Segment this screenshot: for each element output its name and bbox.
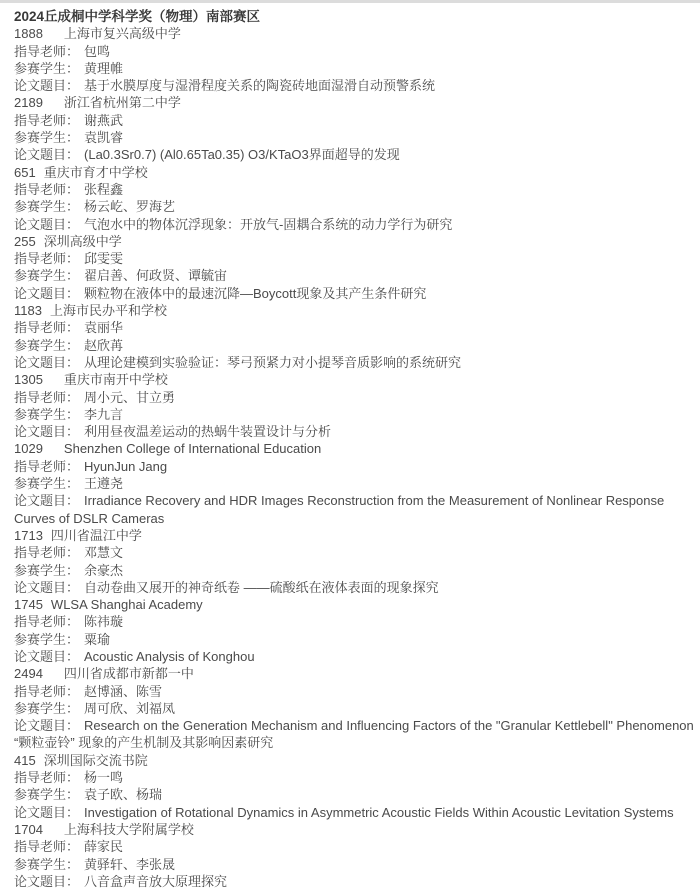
thesis-title: 自动卷曲又展开的神奇纸卷 ——硫酸纸在液体表面的现象探究 — [84, 580, 439, 595]
student-names: 周可欣、刘福凤 — [84, 701, 175, 716]
teacher-names: 邓慧文 — [84, 545, 123, 560]
entry-thesis-line: 论文题目：Research on the Generation Mechanis… — [14, 717, 696, 752]
entry-student-line: 参赛学生：李九言 — [14, 406, 696, 423]
entry-school: 上海市民办平和学校 — [50, 303, 167, 318]
student-names: 黄驿轩、李张晟 — [84, 857, 175, 872]
page: { "page": { "title": "2024丘成桐中学科学奖（物理）南部… — [0, 0, 700, 891]
entry-student-line: 参赛学生：赵欣苒 — [14, 337, 696, 354]
entry-id: 415 — [14, 753, 36, 768]
teacher-label: 指导老师： — [14, 320, 79, 335]
entry-thesis-line: 论文题目：颗粒物在液体中的最速沉降—Boycott现象及其产生条件研究 — [14, 285, 696, 302]
entry: 1305重庆市南开中学校 指导老师：周小元、甘立勇 参赛学生：李九言 论文题目：… — [14, 371, 696, 440]
entry-teacher-line: 指导老师：薛家民 — [14, 838, 696, 855]
entry-teacher-line: 指导老师：邓慧文 — [14, 544, 696, 561]
teacher-names: 袁丽华 — [84, 320, 123, 335]
student-names: 粟瑜 — [84, 632, 110, 647]
entry-thesis-line: 论文题目：自动卷曲又展开的神奇纸卷 ——硫酸纸在液体表面的现象探究 — [14, 579, 696, 596]
student-label: 参赛学生： — [14, 857, 79, 872]
thesis-title: Research on the Generation Mechanism and… — [14, 718, 694, 750]
teacher-names: 张程鑫 — [84, 182, 123, 197]
entry-id: 1745 — [14, 597, 43, 612]
entry: 1713四川省温江中学 指导老师：邓慧文 参赛学生：余豪杰 论文题目：自动卷曲又… — [14, 527, 696, 596]
entry-teacher-line: 指导老师：袁丽华 — [14, 319, 696, 336]
entry-school: 四川省成都市新都一中 — [64, 666, 194, 681]
teacher-label: 指导老师： — [14, 390, 79, 405]
entry-student-line: 参赛学生：周可欣、刘福凤 — [14, 700, 696, 717]
teacher-label: 指导老师： — [14, 684, 79, 699]
teacher-label: 指导老师： — [14, 113, 79, 128]
entry-id: 1029 — [14, 441, 43, 456]
thesis-label: 论文题目： — [14, 147, 79, 162]
entry-teacher-line: 指导老师：赵博涵、陈雪 — [14, 683, 696, 700]
entry-school: WLSA Shanghai Academy — [51, 597, 203, 612]
entry-thesis-line: 论文题目：基于水膜厚度与湿滑程度关系的陶瓷砖地面湿滑自动预警系统 — [14, 77, 696, 94]
student-label: 参赛学生： — [14, 407, 79, 422]
thesis-title: 气泡水中的物体沉浮现象：开放气-固耦合系统的动力学行为研究 — [84, 217, 452, 232]
entry-school: 深圳国际交流书院 — [44, 753, 148, 768]
entry-thesis-line: 论文题目：八音盒声音放大原理探究 — [14, 873, 696, 890]
entry: 1183上海市民办平和学校 指导老师：袁丽华 参赛学生：赵欣苒 论文题目：从理论… — [14, 302, 696, 371]
entry-id: 1888 — [14, 26, 43, 41]
student-label: 参赛学生： — [14, 632, 79, 647]
entry-school-line: 1029Shenzhen College of International Ed… — [14, 440, 696, 457]
teacher-label: 指导老师： — [14, 545, 79, 560]
page-title: 2024丘成桐中学科学奖（物理）南部赛区 — [14, 8, 696, 25]
entry-thesis-line: 论文题目：利用昼夜温差运动的热蜗牛装置设计与分析 — [14, 423, 696, 440]
entry-id: 255 — [14, 234, 36, 249]
teacher-names: 赵博涵、陈雪 — [84, 684, 162, 699]
entry-school-line: 1745WLSA Shanghai Academy — [14, 596, 696, 613]
teacher-names: HyunJun Jang — [84, 459, 167, 474]
entry-student-line: 参赛学生：杨云屹、罗海艺 — [14, 198, 696, 215]
teacher-names: 杨一鸣 — [84, 770, 123, 785]
thesis-label: 论文题目： — [14, 874, 79, 889]
teacher-label: 指导老师： — [14, 839, 79, 854]
teacher-label: 指导老师： — [14, 614, 79, 629]
student-names: 翟启善、何政贤、谭毓宙 — [84, 268, 227, 283]
document: 2024丘成桐中学科学奖（物理）南部赛区 1888上海市复兴高级中学 指导老师：… — [0, 3, 700, 890]
entry-thesis-line: 论文题目：Investigation of Rotational Dynamic… — [14, 804, 696, 821]
student-label: 参赛学生： — [14, 61, 79, 76]
teacher-names: 谢燕武 — [84, 113, 123, 128]
thesis-title: 颗粒物在液体中的最速沉降—Boycott现象及其产生条件研究 — [84, 286, 426, 301]
entry: 1704上海科技大学附属学校 指导老师：薛家民 参赛学生：黄驿轩、李张晟 论文题… — [14, 821, 696, 890]
thesis-label: 论文题目： — [14, 580, 79, 595]
entry-school-line: 415深圳国际交流书院 — [14, 752, 696, 769]
entry-school-line: 2189浙江省杭州第二中学 — [14, 94, 696, 111]
teacher-label: 指导老师： — [14, 182, 79, 197]
teacher-label: 指导老师： — [14, 770, 79, 785]
entry-school: 重庆市育才中学校 — [44, 165, 148, 180]
teacher-names: 薛家民 — [84, 839, 123, 854]
entry-student-line: 参赛学生：袁子欧、杨瑞 — [14, 786, 696, 803]
entry: 1745WLSA Shanghai Academy 指导老师：陈祎璇 参赛学生：… — [14, 596, 696, 665]
student-label: 参赛学生： — [14, 787, 79, 802]
entry-id: 2189 — [14, 95, 43, 110]
student-label: 参赛学生： — [14, 268, 79, 283]
thesis-title: Acoustic Analysis of Konghou — [84, 649, 255, 664]
teacher-label: 指导老师： — [14, 459, 79, 474]
entry-thesis-line: 论文题目：(La0.3Sr0.7) (Al0.65Ta0.35) O3/KTaO… — [14, 146, 696, 163]
thesis-title: Irradiance Recovery and HDR Images Recon… — [14, 493, 664, 525]
entry-teacher-line: 指导老师：包鸣 — [14, 43, 696, 60]
entry-student-line: 参赛学生：黄理帷 — [14, 60, 696, 77]
entry-student-line: 参赛学生：余豪杰 — [14, 562, 696, 579]
student-names: 袁凯睿 — [84, 130, 123, 145]
student-label: 参赛学生： — [14, 338, 79, 353]
entry-id: 1305 — [14, 372, 43, 387]
thesis-label: 论文题目： — [14, 649, 79, 664]
entry-school: 重庆市南开中学校 — [64, 372, 168, 387]
entry-list: 1888上海市复兴高级中学 指导老师：包鸣 参赛学生：黄理帷 论文题目：基于水膜… — [14, 25, 696, 890]
thesis-label: 论文题目： — [14, 78, 79, 93]
thesis-title: Investigation of Rotational Dynamics in … — [84, 805, 674, 820]
student-names: 袁子欧、杨瑞 — [84, 787, 162, 802]
entry: 1888上海市复兴高级中学 指导老师：包鸣 参赛学生：黄理帷 论文题目：基于水膜… — [14, 25, 696, 94]
student-label: 参赛学生： — [14, 130, 79, 145]
entry-school-line: 1713四川省温江中学 — [14, 527, 696, 544]
teacher-label: 指导老师： — [14, 251, 79, 266]
entry-school-line: 1305重庆市南开中学校 — [14, 371, 696, 388]
entry-school-line: 1888上海市复兴高级中学 — [14, 25, 696, 42]
student-label: 参赛学生： — [14, 476, 79, 491]
entry-id: 1704 — [14, 822, 43, 837]
entry: 2189浙江省杭州第二中学 指导老师：谢燕武 参赛学生：袁凯睿 论文题目：(La… — [14, 94, 696, 163]
entry-school: 浙江省杭州第二中学 — [64, 95, 181, 110]
thesis-label: 论文题目： — [14, 493, 79, 508]
entry-id: 1713 — [14, 528, 43, 543]
entry-thesis-line: 论文题目：Irradiance Recovery and HDR Images … — [14, 492, 696, 527]
entry-teacher-line: 指导老师：陈祎璇 — [14, 613, 696, 630]
entry-student-line: 参赛学生：粟瑜 — [14, 631, 696, 648]
entry-student-line: 参赛学生：翟启善、何政贤、谭毓宙 — [14, 267, 696, 284]
entry-id: 1183 — [14, 303, 42, 318]
student-label: 参赛学生： — [14, 199, 79, 214]
entry-school-line: 1183上海市民办平和学校 — [14, 302, 696, 319]
teacher-names: 陈祎璇 — [84, 614, 123, 629]
teacher-names: 周小元、甘立勇 — [84, 390, 175, 405]
thesis-label: 论文题目： — [14, 718, 79, 733]
teacher-label: 指导老师： — [14, 44, 79, 59]
thesis-title: 从理论建模到实验验证：琴弓预紧力对小提琴音质影响的系统研究 — [84, 355, 461, 370]
student-names: 杨云屹、罗海艺 — [84, 199, 175, 214]
entry-school-line: 651重庆市育才中学校 — [14, 164, 696, 181]
entry: 255深圳高级中学 指导老师：邱雯雯 参赛学生：翟启善、何政贤、谭毓宙 论文题目… — [14, 233, 696, 302]
thesis-title: 八音盒声音放大原理探究 — [84, 874, 227, 889]
entry-student-line: 参赛学生：王遵尧 — [14, 475, 696, 492]
student-names: 赵欣苒 — [84, 338, 123, 353]
student-names: 王遵尧 — [84, 476, 123, 491]
entry: 1029Shenzhen College of International Ed… — [14, 440, 696, 526]
entry-teacher-line: 指导老师：HyunJun Jang — [14, 458, 696, 475]
entry-school: 上海科技大学附属学校 — [64, 822, 194, 837]
entry-teacher-line: 指导老师：张程鑫 — [14, 181, 696, 198]
entry-id: 651 — [14, 165, 36, 180]
student-label: 参赛学生： — [14, 701, 79, 716]
entry-school: 上海市复兴高级中学 — [64, 26, 181, 41]
entry-teacher-line: 指导老师：谢燕武 — [14, 112, 696, 129]
thesis-label: 论文题目： — [14, 355, 79, 370]
entry: 2494四川省成都市新都一中 指导老师：赵博涵、陈雪 参赛学生：周可欣、刘福凤 … — [14, 665, 696, 751]
entry-student-line: 参赛学生：袁凯睿 — [14, 129, 696, 146]
entry-school-line: 255深圳高级中学 — [14, 233, 696, 250]
student-names: 李九言 — [84, 407, 123, 422]
student-label: 参赛学生： — [14, 563, 79, 578]
teacher-names: 邱雯雯 — [84, 251, 123, 266]
thesis-title: 利用昼夜温差运动的热蜗牛装置设计与分析 — [84, 424, 331, 439]
entry: 651重庆市育才中学校 指导老师：张程鑫 参赛学生：杨云屹、罗海艺 论文题目：气… — [14, 164, 696, 233]
teacher-names: 包鸣 — [84, 44, 110, 59]
entry-thesis-line: 论文题目：从理论建模到实验验证：琴弓预紧力对小提琴音质影响的系统研究 — [14, 354, 696, 371]
thesis-label: 论文题目： — [14, 286, 79, 301]
thesis-label: 论文题目： — [14, 424, 79, 439]
student-names: 余豪杰 — [84, 563, 123, 578]
entry-school: Shenzhen College of International Educat… — [64, 441, 321, 456]
entry-school: 深圳高级中学 — [44, 234, 122, 249]
thesis-label: 论文题目： — [14, 217, 79, 232]
thesis-label: 论文题目： — [14, 805, 79, 820]
entry-teacher-line: 指导老师：周小元、甘立勇 — [14, 389, 696, 406]
entry-student-line: 参赛学生：黄驿轩、李张晟 — [14, 856, 696, 873]
entry-thesis-line: 论文题目：气泡水中的物体沉浮现象：开放气-固耦合系统的动力学行为研究 — [14, 216, 696, 233]
entry-id: 2494 — [14, 666, 43, 681]
entry-school: 四川省温江中学 — [51, 528, 142, 543]
entry-teacher-line: 指导老师：杨一鸣 — [14, 769, 696, 786]
entry-school-line: 1704上海科技大学附属学校 — [14, 821, 696, 838]
thesis-title: (La0.3Sr0.7) (Al0.65Ta0.35) O3/KTaO3界面超导… — [84, 147, 400, 162]
entry-teacher-line: 指导老师：邱雯雯 — [14, 250, 696, 267]
thesis-title: 基于水膜厚度与湿滑程度关系的陶瓷砖地面湿滑自动预警系统 — [84, 78, 435, 93]
student-names: 黄理帷 — [84, 61, 123, 76]
entry: 415深圳国际交流书院 指导老师：杨一鸣 参赛学生：袁子欧、杨瑞 论文题目：In… — [14, 752, 696, 821]
entry-thesis-line: 论文题目：Acoustic Analysis of Konghou — [14, 648, 696, 665]
entry-school-line: 2494四川省成都市新都一中 — [14, 665, 696, 682]
